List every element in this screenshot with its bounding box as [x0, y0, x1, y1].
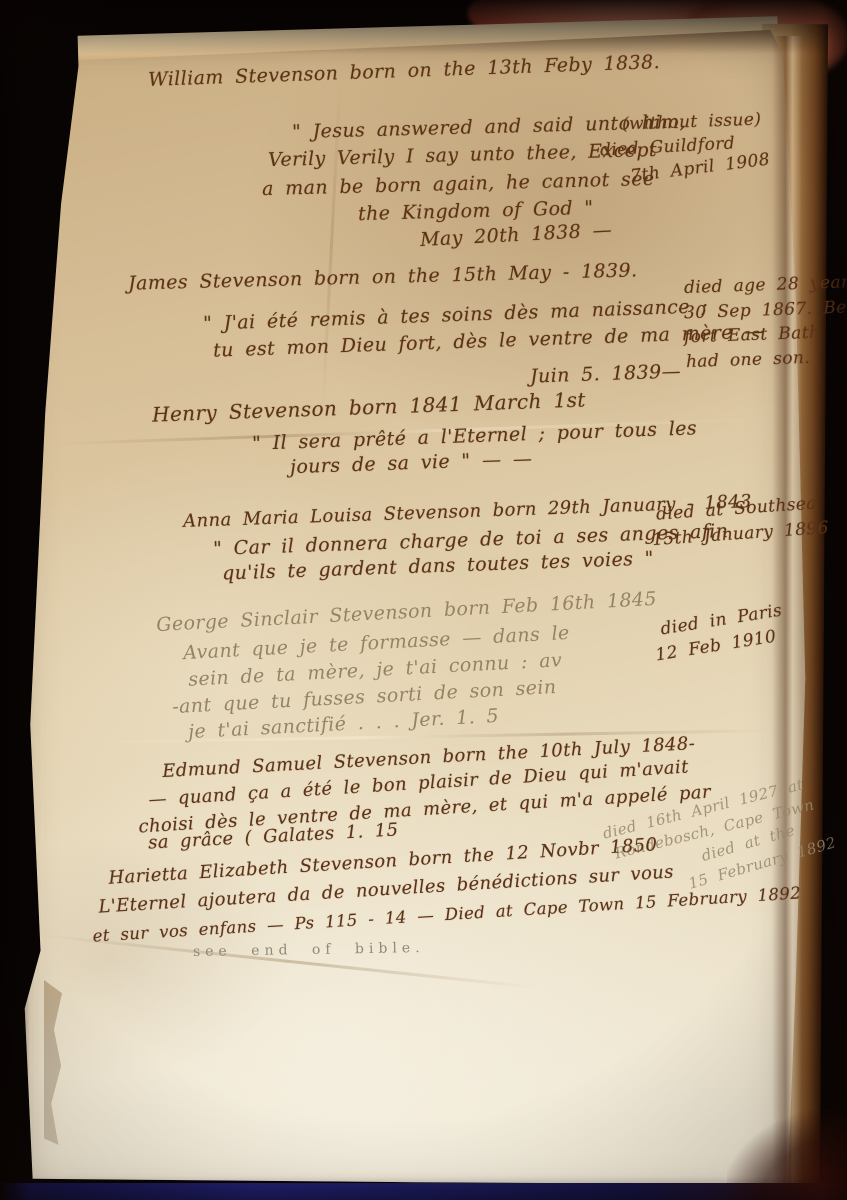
dark-corner-bottom-right	[727, 1110, 847, 1200]
table-edge-blue	[0, 1183, 847, 1200]
